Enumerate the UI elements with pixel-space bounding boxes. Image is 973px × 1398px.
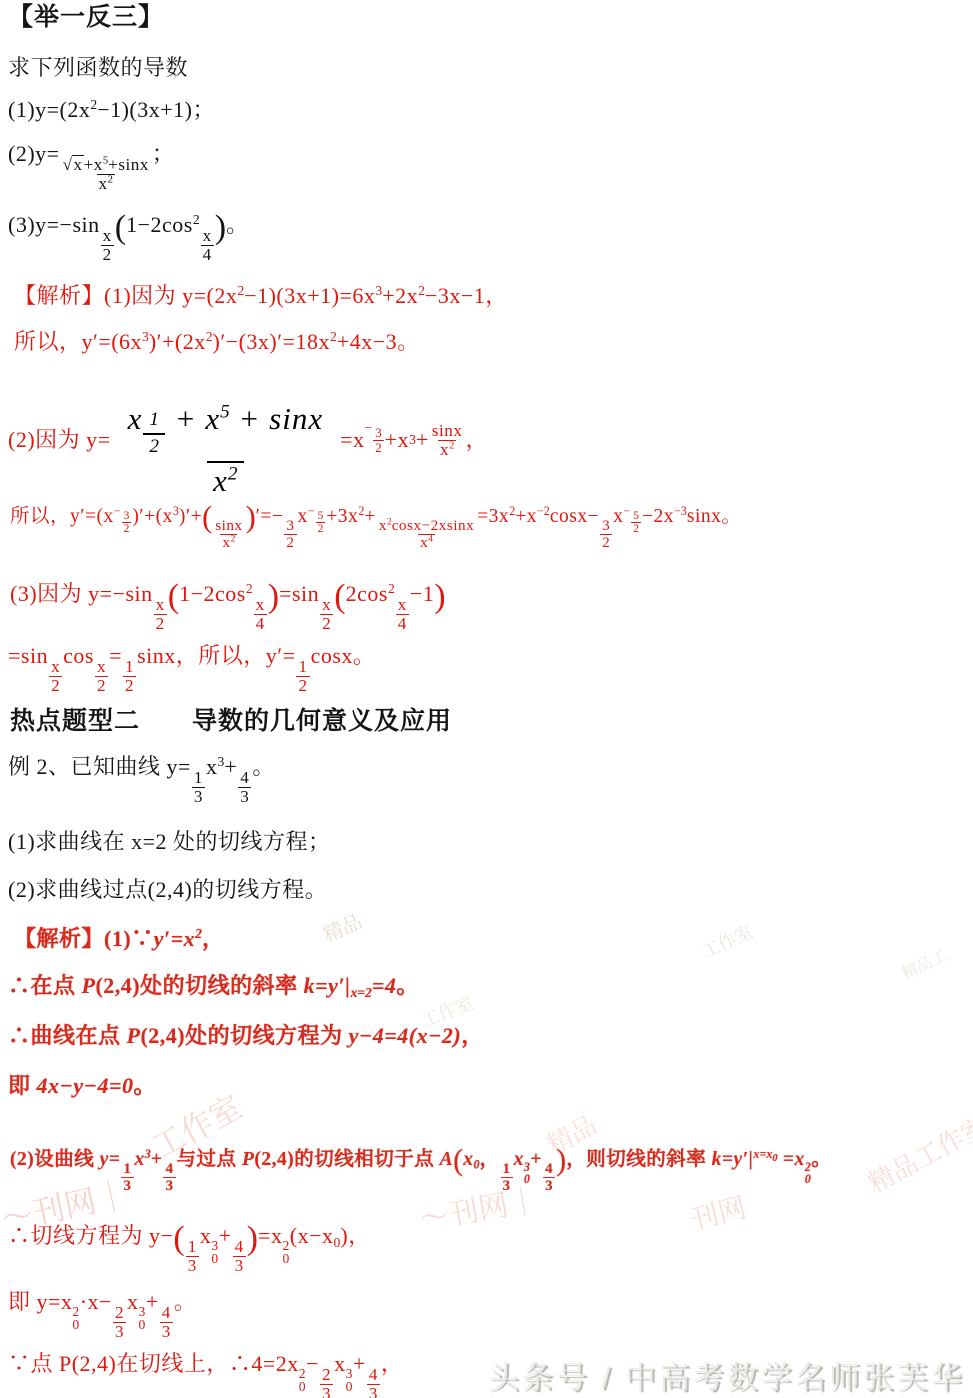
fraction: x12 + x5 + sinxx2 bbox=[122, 403, 330, 497]
numerator: x12 + x5 + sinx bbox=[122, 403, 330, 461]
denominator: 2 bbox=[123, 676, 136, 695]
superscript: 2 bbox=[330, 329, 337, 344]
styled-span: x30 bbox=[514, 1149, 531, 1170]
denominator: 4 bbox=[201, 245, 214, 264]
stack-subscript: 0 bbox=[282, 1253, 289, 1266]
big-paren: ) bbox=[556, 1150, 566, 1171]
solution-2-line-6: ∴切线方程为 y−(13x30+43)=x20(x−x0)， bbox=[8, 1222, 371, 1275]
numerator: 4 bbox=[367, 1366, 380, 1384]
fraction: x4 bbox=[396, 596, 409, 633]
subscript: 0 bbox=[772, 1153, 777, 1164]
numerator: 4 bbox=[238, 769, 251, 787]
denominator: 3 bbox=[121, 1177, 133, 1194]
styled-span: 4x−y−4=0 bbox=[37, 1073, 134, 1098]
fraction: 43 bbox=[163, 1161, 175, 1194]
fraction: x2 bbox=[95, 658, 108, 695]
superscript: 5 bbox=[220, 402, 230, 423]
solution-1-line-4: 所以，y′=(x−32)′+(x3)′+(sinxx2)′=−32x−52+3x… bbox=[10, 505, 741, 551]
denominator: 3 bbox=[238, 787, 251, 806]
denominator: 3 bbox=[367, 1384, 380, 1398]
numerator: 4 bbox=[160, 1304, 173, 1322]
superscript: 2 bbox=[358, 504, 364, 518]
superscript: −32 bbox=[365, 426, 385, 454]
numerator: 3 bbox=[284, 518, 296, 534]
styled-span: P bbox=[82, 973, 96, 998]
big-paren: ) bbox=[215, 216, 226, 240]
sup-sub-stack: 20 bbox=[72, 1306, 79, 1332]
fraction: sinxx2 bbox=[213, 518, 244, 551]
denominator: 2 bbox=[95, 676, 108, 695]
superscript: 3 bbox=[142, 329, 149, 344]
denominator: 4 bbox=[254, 614, 267, 633]
numerator: sinx bbox=[430, 422, 465, 440]
stack-subscript: 0 bbox=[805, 1174, 812, 1185]
numerator: 4 bbox=[543, 1161, 555, 1177]
numerator: 1 bbox=[192, 769, 205, 787]
styled-span: y= bbox=[100, 1149, 121, 1170]
solution-2-line-7: 即 y=x20·x−23x30+43。 bbox=[8, 1288, 196, 1341]
numerator: 4 bbox=[233, 1238, 246, 1256]
numerator: x bbox=[101, 227, 114, 245]
styled-span: k=y′| bbox=[712, 1149, 754, 1170]
fraction: 12 bbox=[123, 658, 136, 695]
superscript: −52 bbox=[308, 504, 327, 518]
watermark-text: 精品工作室 bbox=[861, 1107, 973, 1201]
superscript: 2 bbox=[246, 581, 253, 596]
superscript: 12 bbox=[142, 402, 166, 423]
sup-sub-stack: 30 bbox=[346, 1368, 353, 1394]
denominator: 3 bbox=[186, 1256, 199, 1275]
styled-span: x0 bbox=[463, 1149, 479, 1170]
fraction: x4 bbox=[254, 596, 267, 633]
superscript: 2 bbox=[206, 329, 213, 344]
denominator: 3 bbox=[233, 1256, 246, 1275]
denominator: 2 bbox=[49, 676, 62, 695]
example-2-q1: (1)求曲线在 x=2 处的切线方程； bbox=[8, 828, 331, 856]
superscript: 2 bbox=[388, 581, 395, 596]
stack-subscript: 0 bbox=[299, 1381, 306, 1394]
styled-span: A bbox=[440, 1149, 454, 1170]
denominator: x2 bbox=[207, 461, 243, 498]
styled-span: P bbox=[127, 1023, 141, 1048]
fraction: 23 bbox=[320, 1366, 333, 1398]
denominator: 2 bbox=[600, 534, 612, 551]
fraction: 32 bbox=[373, 426, 383, 454]
fraction: 32 bbox=[284, 518, 296, 551]
fraction: x2 bbox=[154, 596, 167, 633]
watermark-text: 精品 bbox=[318, 906, 366, 948]
numerator: x bbox=[396, 596, 409, 614]
superscript: 3 bbox=[375, 283, 382, 298]
fraction: sinxx2 bbox=[430, 422, 465, 459]
example-2-q2: (2)求曲线过点(2,4)的切线方程。 bbox=[8, 876, 327, 904]
solution-2-line-8: ∵点 P(2,4)在切线上，∴4=2x20−23x30+43， bbox=[8, 1350, 403, 1398]
sup-sub-stack: 20 bbox=[282, 1240, 289, 1266]
numerator: 3 bbox=[122, 510, 132, 522]
superscript: 4 bbox=[428, 535, 433, 545]
numerator: 4 bbox=[163, 1161, 175, 1177]
superscript: 2 bbox=[418, 283, 425, 298]
superscript: −52 bbox=[623, 504, 642, 518]
numerator: x2cosx−2xsinx bbox=[377, 518, 476, 534]
denominator: 2 bbox=[101, 245, 114, 264]
fraction: 13 bbox=[121, 1161, 133, 1194]
superscript: 3 bbox=[218, 754, 225, 769]
superscript: 2 bbox=[231, 535, 236, 545]
radical-sign: √ bbox=[63, 156, 73, 173]
sup-sub-stack: 30 bbox=[524, 1162, 531, 1185]
numerator: 3 bbox=[600, 518, 612, 534]
fraction: x2cosx−2xsinxx4 bbox=[377, 518, 476, 551]
fraction: 52 bbox=[631, 510, 641, 535]
fraction: x2 bbox=[320, 596, 333, 633]
numerator: x bbox=[154, 596, 167, 614]
superscript: 2 bbox=[193, 212, 200, 227]
sup-sub-stack: 30 bbox=[139, 1306, 146, 1332]
solution-1-line-5: (3)因为 y=−sinx2(1−2cos2x4)=sinx2(2cos2x4−… bbox=[10, 580, 446, 633]
denominator: 2 bbox=[320, 614, 333, 633]
subscript: x=2 bbox=[350, 985, 371, 1000]
subscript: 0 bbox=[334, 1235, 341, 1250]
big-paren: ) bbox=[268, 585, 279, 609]
styled-span: y−4=4(x−2) bbox=[349, 1023, 462, 1048]
subscript: 0 bbox=[473, 1158, 479, 1172]
solution-2-line-1: 【解析】(1)∵y′=x2， bbox=[14, 925, 224, 953]
big-paren: ) bbox=[434, 585, 445, 609]
big-paren: ( bbox=[115, 216, 126, 240]
denominator: 3 bbox=[192, 787, 205, 806]
denominator: 2 bbox=[316, 522, 326, 535]
denominator: 3 bbox=[113, 1322, 126, 1341]
fraction: 32 bbox=[600, 518, 612, 551]
denominator: x2 bbox=[220, 534, 237, 551]
solution-1-line-6: =sinx2cosx2=12sinx，所以，y′=12cosx。 bbox=[8, 642, 375, 695]
numerator: 5 bbox=[631, 510, 641, 522]
superscript: 5 bbox=[103, 156, 108, 167]
numerator: 1 bbox=[296, 658, 309, 676]
fraction: 32 bbox=[122, 510, 132, 535]
superscript: 2 bbox=[449, 440, 454, 451]
square-root: √x bbox=[63, 155, 84, 174]
problem-1: (1)y=(2x2−1)(3x+1)； bbox=[8, 96, 215, 124]
styled-span: x20 bbox=[795, 1149, 812, 1170]
display-fraction: x12 + x5 + sinxx2 bbox=[121, 383, 331, 497]
superscript: 3 bbox=[145, 1147, 151, 1161]
fraction: 43 bbox=[543, 1161, 555, 1194]
styled-span: k=y′|x=2=4 bbox=[304, 973, 397, 998]
numerator: 5 bbox=[316, 510, 326, 522]
denominator: x2 bbox=[97, 174, 115, 193]
big-paren: ) bbox=[246, 507, 256, 528]
fraction: 23 bbox=[113, 1304, 126, 1341]
numerator: x bbox=[320, 596, 333, 614]
numerator: x bbox=[201, 227, 214, 245]
solution-1-line-3: (2)因为 y=x12 + x5 + sinxx2=x−32+x3+sinxx2… bbox=[8, 383, 488, 497]
byline-watermark: 头条号 / 中高考数学名师张芙华 bbox=[488, 1352, 965, 1397]
superscript: 2 bbox=[90, 97, 97, 112]
sup-sub-stack: 30 bbox=[211, 1240, 218, 1266]
big-paren: ) bbox=[247, 1227, 258, 1251]
problem-3: (3)y=−sinx2(1−2cos2x4)。 bbox=[8, 211, 249, 264]
stack-subscript: 0 bbox=[524, 1174, 531, 1185]
numerator: 2 bbox=[320, 1366, 333, 1384]
styled-span: y′=x2 bbox=[154, 926, 202, 951]
superscript: x=x0 bbox=[753, 1147, 777, 1161]
denominator: 2 bbox=[284, 534, 296, 551]
fraction: 43 bbox=[160, 1304, 173, 1341]
stack-subscript: 0 bbox=[211, 1253, 218, 1266]
solution-2-line-3: ∴曲线在点 P(2,4)处的切线方程为 y−4=4(x−2)， bbox=[8, 1022, 484, 1050]
solution-1-line-1: 【解析】(1)因为 y=(2x2−1)(3x+1)=6x3+2x2−3x−1， bbox=[14, 282, 508, 310]
denominator: x4 bbox=[418, 534, 435, 551]
numerator: √x+x5+sinx bbox=[61, 155, 151, 174]
styled-span: x=x0 bbox=[753, 1147, 777, 1161]
big-paren: ( bbox=[334, 585, 345, 609]
denominator: 3 bbox=[501, 1177, 513, 1194]
fraction: 12 bbox=[143, 410, 165, 457]
numerator: x bbox=[254, 596, 267, 614]
solution-1-line-2: 所以，y′=(6x3)′+(2x2)′−(3x)′=18x2+4x−3。 bbox=[14, 328, 420, 356]
superscript: 2 bbox=[228, 463, 238, 484]
fraction: x4 bbox=[201, 227, 214, 264]
stack-subscript: 0 bbox=[346, 1381, 353, 1394]
superscript: 2 bbox=[108, 175, 113, 186]
superscript: 2 bbox=[237, 283, 244, 298]
numerator: 1 bbox=[121, 1161, 133, 1177]
section-header-2: 热点题型二 导数的几何意义及应用 bbox=[10, 706, 452, 737]
big-paren: ( bbox=[173, 1227, 184, 1251]
denominator: 3 bbox=[320, 1384, 333, 1398]
denominator: x2 bbox=[438, 440, 456, 459]
big-paren: ( bbox=[453, 1150, 463, 1171]
stack-subscript: 0 bbox=[139, 1319, 146, 1332]
denominator: 2 bbox=[631, 522, 641, 535]
fraction: √x+x5+sinxx2 bbox=[61, 155, 151, 193]
stack-subscript: 0 bbox=[72, 1319, 79, 1332]
numerator: 1 bbox=[186, 1238, 199, 1256]
numerator: x bbox=[95, 658, 108, 676]
denominator: 3 bbox=[163, 1177, 175, 1194]
fraction: x2 bbox=[49, 658, 62, 695]
denominator: 3 bbox=[543, 1177, 555, 1194]
watermark-text: 工作室 bbox=[697, 918, 757, 964]
big-paren: ( bbox=[168, 585, 179, 609]
superscript: 2 bbox=[195, 926, 202, 941]
styled-span: P bbox=[242, 1149, 254, 1170]
numerator: 3 bbox=[373, 426, 383, 440]
denominator: 2 bbox=[143, 433, 165, 457]
problem-intro: 求下列函数的导数 bbox=[8, 54, 188, 82]
fraction: 43 bbox=[233, 1238, 246, 1275]
denominator: 2 bbox=[296, 676, 309, 695]
fraction: 13 bbox=[501, 1161, 513, 1194]
document-page: 精品工作室精品工工作室工作室精品精品工作室～刊网｜～刊网｜刊网 【举一反三】求下… bbox=[0, 0, 973, 1398]
denominator: 4 bbox=[396, 614, 409, 633]
superscript: −2 bbox=[537, 504, 550, 518]
solution-2-line-5: (2)设曲线 y=13x3+43与过点 P(2,4)的切线相切于点 A(x0，1… bbox=[10, 1148, 831, 1194]
big-paren: ( bbox=[202, 507, 212, 528]
superscript: −32 bbox=[114, 504, 133, 518]
sup-sub-stack: 20 bbox=[299, 1368, 306, 1394]
fraction: 52 bbox=[316, 510, 326, 535]
numerator: 1 bbox=[123, 658, 136, 676]
fraction: x2 bbox=[101, 227, 114, 264]
numerator: sinx bbox=[213, 518, 244, 534]
radicand: x bbox=[72, 155, 83, 174]
numerator: 1 bbox=[501, 1161, 513, 1177]
watermark-text: 精品工 bbox=[897, 943, 950, 984]
solution-2-line-2: ∴在点 P(2,4)处的切线的斜率 k=y′|x=2=4。 bbox=[8, 972, 419, 1000]
superscript: −3 bbox=[674, 504, 687, 518]
fraction: 43 bbox=[367, 1366, 380, 1398]
denominator: 2 bbox=[373, 440, 383, 455]
section-header-1: 【举一反三】 bbox=[8, 2, 164, 33]
superscript: 3 bbox=[173, 504, 179, 518]
denominator: 3 bbox=[160, 1322, 173, 1341]
denominator: 2 bbox=[122, 522, 132, 535]
problem-2: (2)y=√x+x5+sinxx2； bbox=[8, 140, 174, 193]
styled-span: x3 bbox=[135, 1149, 151, 1170]
numerator: 1 bbox=[143, 410, 165, 433]
fraction: 13 bbox=[192, 769, 205, 806]
sup-sub-stack: 20 bbox=[805, 1162, 812, 1185]
fraction: 13 bbox=[186, 1238, 199, 1275]
fraction: 43 bbox=[238, 769, 251, 806]
solution-2-line-4: 即 4x−y−4=0。 bbox=[8, 1072, 156, 1100]
example-2-intro: 例 2、已知曲线 y=13x3+43。 bbox=[8, 753, 275, 806]
numerator: 2 bbox=[113, 1304, 126, 1322]
fraction: 12 bbox=[296, 658, 309, 695]
denominator: 2 bbox=[154, 614, 167, 633]
numerator: x bbox=[49, 658, 62, 676]
superscript: 2 bbox=[387, 518, 392, 528]
superscript: 2 bbox=[509, 504, 515, 518]
